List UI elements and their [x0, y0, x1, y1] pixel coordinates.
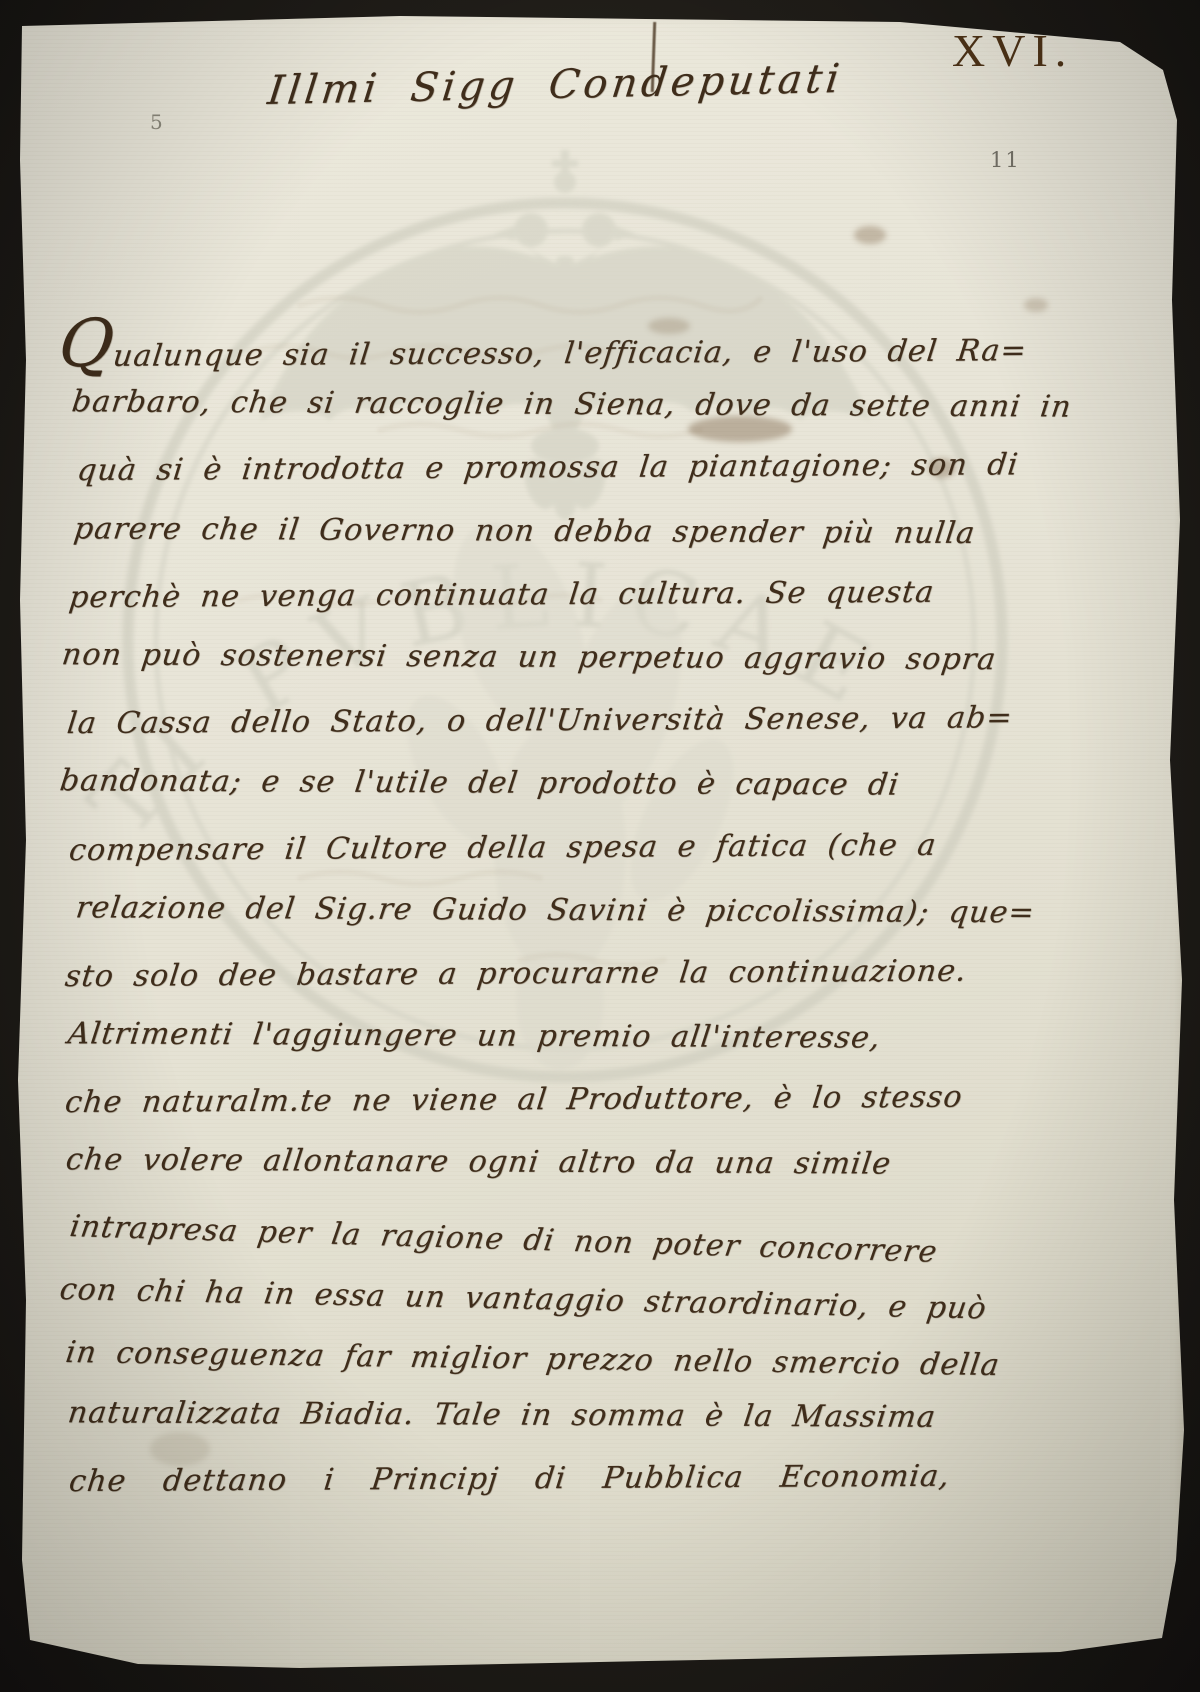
folio-number: XVI.: [952, 24, 1073, 77]
manuscript-line: Qualunque sia il successo, l'efficacia, …: [54, 321, 1102, 391]
ink-smudge: [1024, 298, 1048, 312]
manuscript-line: bandonata; e se l'utile del prodotto è c…: [54, 764, 1101, 833]
manuscript-line: la Cassa dello Stato, o dell'Università …: [62, 700, 1102, 769]
manuscript-line: naturalizzata Biadia. Tale in somma è la…: [62, 1395, 1101, 1464]
manuscript-line: che volere allontanare ogni altro da una…: [60, 1143, 1101, 1212]
manuscript-line: parere che il Governo non debba spender …: [68, 511, 1101, 580]
manuscript-line: che dettano i Principj di Pubblica Econo…: [64, 1458, 1102, 1527]
manuscript-paper: TI PVBLICAE: [0, 0, 1200, 1692]
manuscript-line: sto solo dee bastare a procurarne la con…: [60, 953, 1102, 1023]
manuscript-photo: TI PVBLICAE: [0, 0, 1200, 1692]
manuscript-body: Qualunque sia il successo, l'efficacia, …: [58, 324, 1098, 1525]
manuscript-line: compensare il Cultore della spesa e fati…: [64, 826, 1102, 895]
ink-smudge: [854, 226, 886, 244]
manuscript-line: relazione del Sig.re Guido Savini è picc…: [70, 890, 1101, 959]
pencil-folio-number-left: 5: [150, 110, 163, 134]
pencil-folio-number-right: 11: [990, 148, 1021, 172]
manuscript-line: perchè ne venga continuata la cultura. S…: [64, 574, 1102, 643]
manuscript-line: non può sostenersi senza un perpetuo agg…: [56, 637, 1101, 706]
manuscript-line: che naturalm.te ne viene al Produttore, …: [60, 1079, 1102, 1149]
manuscript-line: quà si è introdotta e promossa la pianta…: [72, 447, 1102, 516]
manuscript-line: barbaro, che si raccoglie in Siena, dove…: [66, 384, 1101, 453]
manuscript-line: Altrimenti l'aggiungere un premio all'in…: [62, 1016, 1101, 1085]
